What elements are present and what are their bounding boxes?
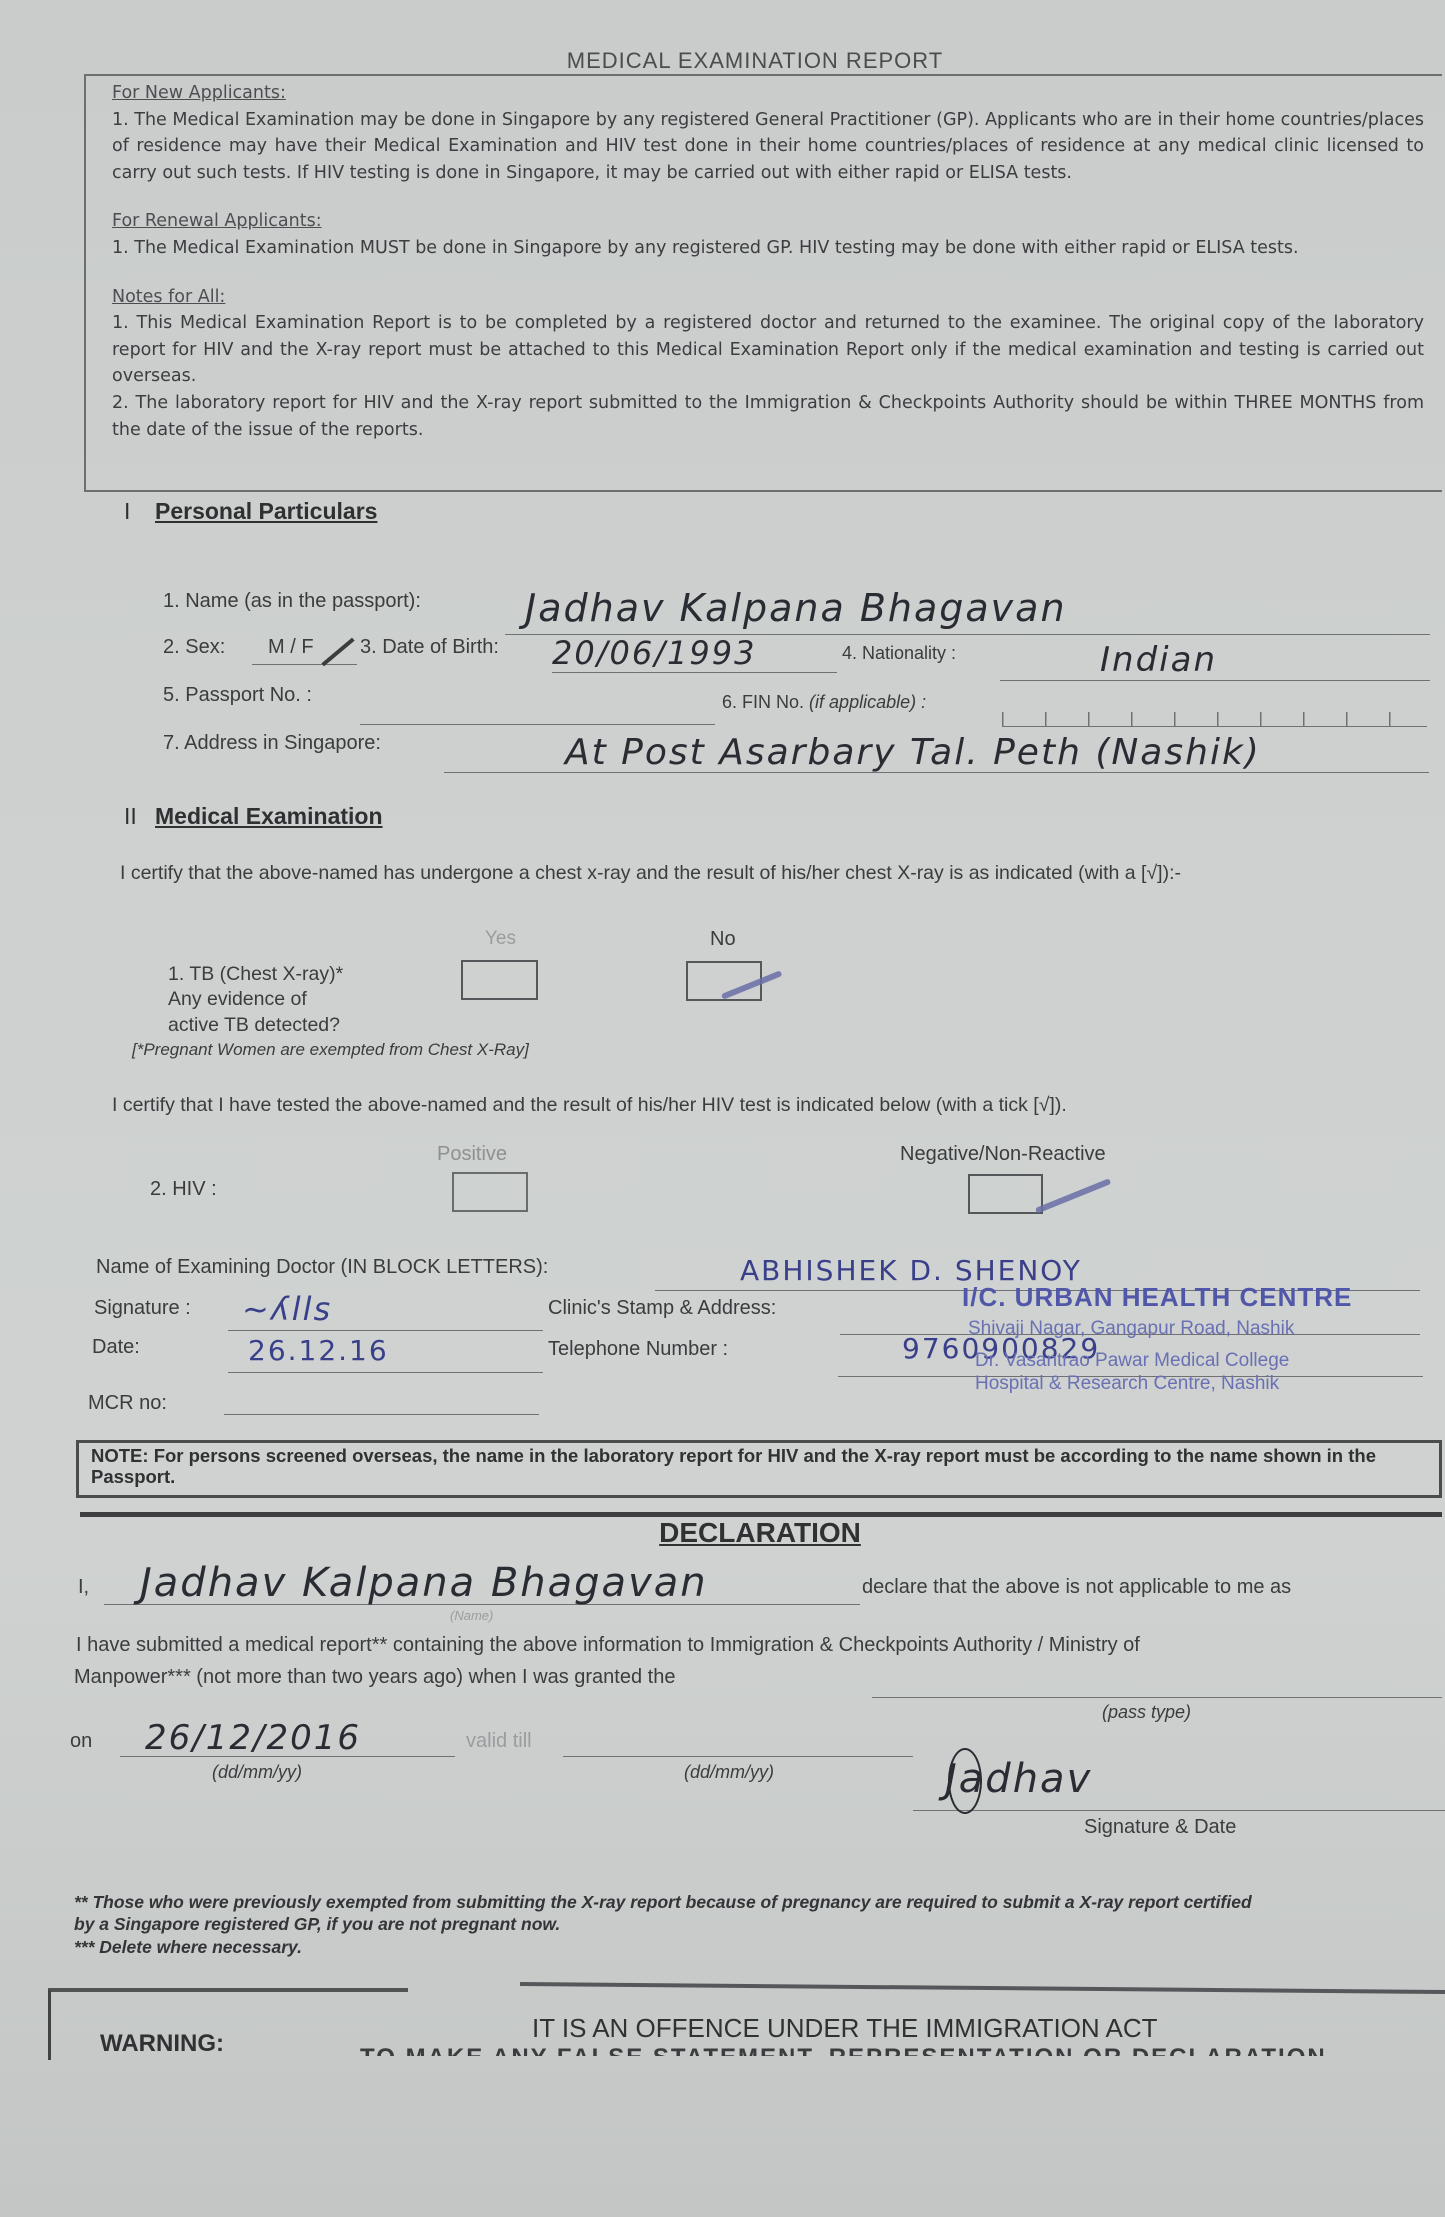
sex-options: M / F <box>268 636 314 659</box>
sex-check-mark <box>321 638 354 667</box>
address-label: 7. Address in Singapore: <box>163 732 381 755</box>
valid-till-label: valid till <box>466 1730 532 1753</box>
sex-label: 2. Sex: <box>163 636 225 659</box>
footnote-pregnancy-line-2: by a Singapore registered GP, if you are… <box>74 1914 560 1935</box>
footnote-pregnancy-line-1: ** Those who were previously exempted fr… <box>74 1892 1252 1913</box>
section-number-2: II <box>124 803 137 830</box>
hiv-label: 2. HIV : <box>150 1178 217 1201</box>
signature-loop-mark <box>948 1748 982 1814</box>
dob-label: 3. Date of Birth: <box>360 636 499 659</box>
clinic-stamp-line-2: Shivaji Nagar, Gangapur Road, Nashik <box>968 1318 1294 1340</box>
section-title-medical: Medical Examination <box>155 803 383 830</box>
new-applicants-heading: For New Applicants: <box>112 80 1424 107</box>
section-number-1: I <box>124 498 130 525</box>
warning-label: WARNING: <box>100 2030 224 2058</box>
valid-till-caption: (dd/mm/yy) <box>684 1762 774 1783</box>
clinic-stamp-label: Clinic's Stamp & Address: <box>548 1297 776 1320</box>
renewal-heading: For Renewal Applicants: <box>112 208 1424 235</box>
xray-certify-text: I certify that the above-named has under… <box>120 862 1181 885</box>
pass-type-caption: (pass type) <box>1102 1702 1191 1723</box>
notes-all-text-2: 2. The laboratory report for HIV and the… <box>112 390 1424 443</box>
warning-line-1: IT IS AN OFFENCE UNDER THE IMMIGRATION A… <box>532 2013 1158 2044</box>
mcr-label: MCR no: <box>88 1392 167 1415</box>
doctor-signature[interactable]: ~ʎlls <box>242 1290 332 1328</box>
pass-type-field[interactable] <box>872 1697 1442 1698</box>
declaration-line-3: Manpower*** (not more than two years ago… <box>74 1666 675 1689</box>
signature-label: Signature : <box>94 1297 191 1320</box>
tb-question: 1. TB (Chest X-ray)* Any evidence of act… <box>168 962 343 1038</box>
declaration-text: declare that the above is not applicable… <box>862 1576 1291 1599</box>
clinic-stamp-title: I/C. URBAN HEALTH CENTRE <box>962 1282 1352 1313</box>
name-label: 1. Name (as in the passport): <box>163 590 421 613</box>
footnote-delete: *** Delete where necessary. <box>74 1937 302 1958</box>
declaration-name-field[interactable]: Jadhav Kalpana Bhagavan <box>140 1560 708 1606</box>
passport-name-note: NOTE: For persons screened overseas, the… <box>76 1440 1442 1498</box>
clinic-stamp-line-4: Hospital & Research Centre, Nashik <box>975 1373 1279 1395</box>
hiv-certify-text: I certify that I have tested the above-n… <box>112 1094 1067 1117</box>
hiv-positive-checkbox[interactable] <box>452 1172 528 1212</box>
valid-till-field[interactable] <box>563 1756 913 1757</box>
phone-label: Telephone Number : <box>548 1338 728 1361</box>
doctor-name-label: Name of Examining Doctor (IN BLOCK LETTE… <box>96 1256 548 1279</box>
nationality-field[interactable]: Indian <box>1100 640 1217 680</box>
tb-no-label: No <box>710 928 736 951</box>
address-field[interactable]: At Post Asarbary Tal. Peth (Nashik) <box>565 732 1261 773</box>
new-applicants-text: 1. The Medical Examination may be done i… <box>112 107 1424 187</box>
hiv-positive-label: Positive <box>437 1143 507 1166</box>
instructions-box: For New Applicants: 1. The Medical Exami… <box>84 74 1442 492</box>
notes-all-heading: Notes for All: <box>112 284 1424 311</box>
declaration-line-2: I have submitted a medical report** cont… <box>76 1634 1140 1657</box>
clinic-stamp-line-3: Dr. Vasantrao Pawar Medical College <box>975 1350 1289 1372</box>
on-label: on <box>70 1730 92 1753</box>
fin-field[interactable] <box>1002 712 1427 727</box>
hiv-negative-label: Negative/Non-Reactive <box>900 1143 1106 1166</box>
dob-field[interactable]: 20/06/1993 <box>552 634 756 672</box>
declaration-i-label: I, <box>78 1576 89 1599</box>
renewal-text: 1. The Medical Examination MUST be done … <box>112 235 1424 262</box>
document-title: MEDICAL EXAMINATION REPORT <box>0 48 1445 74</box>
name-field[interactable]: Jadhav Kalpana Bhagavan <box>525 586 1067 630</box>
passport-label: 5. Passport No. : <box>163 684 312 707</box>
doctor-date-field[interactable]: 26.12.16 <box>248 1334 389 1367</box>
tb-yes-checkbox[interactable] <box>461 960 538 1000</box>
passport-field[interactable] <box>360 724 715 725</box>
on-date-field[interactable]: 26/12/2016 <box>145 1718 361 1758</box>
tb-yes-label: Yes <box>485 928 516 950</box>
notes-all-text-1: 1. This Medical Examination Report is to… <box>112 310 1424 390</box>
signature-date-caption: Signature & Date <box>1084 1816 1236 1839</box>
nationality-label: 4. Nationality : <box>842 643 956 664</box>
mcr-field[interactable] <box>224 1414 539 1415</box>
section-title-personal: Personal Particulars <box>155 498 377 525</box>
date-label: Date: <box>92 1336 140 1359</box>
declaration-title: DECLARATION <box>0 1517 1445 1549</box>
pregnant-note: [*Pregnant Women are exempted from Chest… <box>132 1040 529 1060</box>
fin-label: 6. FIN No. (if applicable) : <box>722 692 926 713</box>
declaration-name-caption: (Name) <box>450 1608 493 1623</box>
hiv-negative-tick-mark <box>1035 1178 1111 1214</box>
warning-line-2: TO MAKE ANY FALSE STATEMENT, REPRESENTAT… <box>360 2044 1420 2056</box>
hiv-negative-checkbox[interactable] <box>968 1174 1043 1214</box>
on-date-caption: (dd/mm/yy) <box>212 1762 302 1783</box>
